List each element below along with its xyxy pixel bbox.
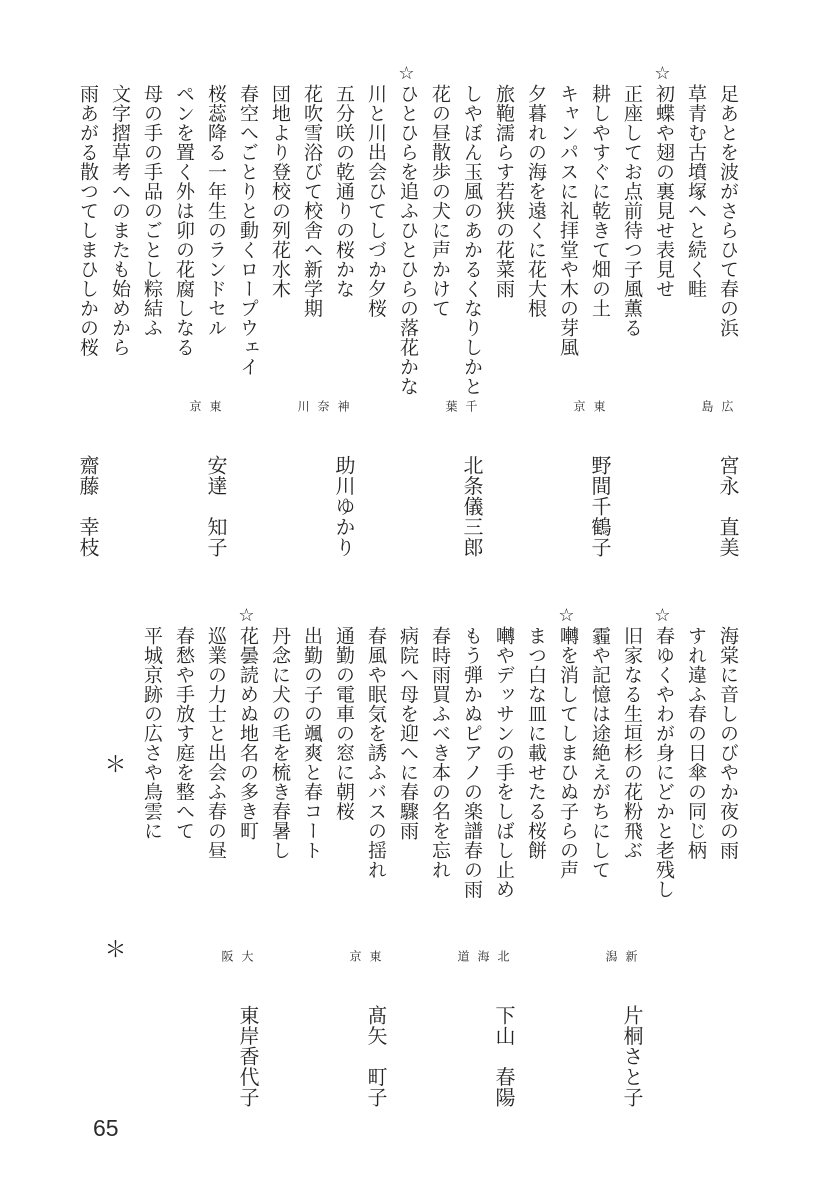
poem-column: 霾や記憶は途絶えがちにして xyxy=(589,626,609,928)
poem-text: まつ白な皿に載せたる桜餅 xyxy=(525,626,546,860)
selection-star-icon xyxy=(493,63,513,84)
selection-star-icon xyxy=(269,605,289,626)
poem-column: 巡業の力士と出会ふ春の昼 xyxy=(205,626,225,928)
poem-column: 夕暮れの海を遠くに花大根 xyxy=(525,84,545,426)
author-name: 下山 春陽 xyxy=(493,1005,513,1108)
selection-star-icon: ☆ xyxy=(557,605,577,626)
author-name: 安達 知子 xyxy=(205,455,225,558)
poem-column: 雨あがる散つてしまひしかの桜齋藤 幸枝 xyxy=(77,84,97,426)
poem-text: 巡業の力士と出会ふ春の昼 xyxy=(205,626,226,860)
poem-text: 花の昼散歩の犬に声かけて xyxy=(429,84,450,318)
poem-text: 旅鞄濡らす若狭の花菜雨 xyxy=(493,84,514,299)
selection-star-icon: ☆ xyxy=(397,63,417,84)
poem-text: 桜蕊降る一年生のランドセル xyxy=(205,84,226,338)
poem-text: 足あとを波がさらひて春の浜 xyxy=(717,84,738,338)
poem-text: 団地より登校の列花水木 xyxy=(269,84,290,299)
selection-star-icon xyxy=(621,63,641,84)
poem-text: 川と川出会ひてしづか夕桜 xyxy=(365,84,386,318)
poem-text: 旧家なる生垣杉の花粉飛ぶ xyxy=(621,626,642,860)
poem-column: ペンを置く外は卯の花腐しなる xyxy=(173,84,193,426)
poem-column: ☆春ゆくやわが身にどかと老残し xyxy=(653,626,673,928)
poem-column: 桜蕊降る一年生のランドセル東京安達 知子 xyxy=(205,84,225,426)
poem-column: ☆初蝶や翅の裏見せ表見せ xyxy=(653,84,673,426)
poem-text: 雨あがる散つてしまひしかの桜 xyxy=(77,84,98,357)
selection-star-icon xyxy=(365,605,385,626)
prefecture-label: 東京 xyxy=(589,400,609,422)
poem-text: 春時雨買ふべき本の名を忘れ xyxy=(429,626,450,880)
prefecture-label: 東京 xyxy=(365,950,385,972)
poem-text: 母の手の手品のごとし粽結ふ xyxy=(141,84,162,338)
poem-column: 丹念に犬の毛を梳き春暑し xyxy=(269,626,289,928)
poem-column: 五分咲の乾通りの桜かな神奈川助川ゆかり xyxy=(333,84,353,426)
poem-column: キャンパスに礼拝堂や木の芽風 xyxy=(557,84,577,426)
selection-star-icon xyxy=(333,605,353,626)
author-name: 東岸香代子 xyxy=(237,1005,257,1108)
poem-column: 春空へごとりと動くロープウェイ xyxy=(237,84,257,426)
selection-star-icon xyxy=(685,605,705,626)
poem-column: 平城京跡の広さや鳥雲に xyxy=(141,626,161,928)
poem-text: 囀やデッサンの手をしばし止め xyxy=(493,626,514,899)
poem-column: 文字摺草考へのまたも始めから xyxy=(109,84,129,426)
poem-text: 囀を消してしまひぬ子らの声 xyxy=(557,626,578,880)
poem-column: 春時雨買ふべき本の名を忘れ xyxy=(429,626,449,928)
poem-text: キャンパスに礼拝堂や木の芽風 xyxy=(557,84,578,357)
prefecture-label: 広島 xyxy=(717,400,737,422)
selection-star-icon: ☆ xyxy=(237,605,257,626)
selection-star-icon xyxy=(141,605,161,626)
author-name: 齋藤 幸枝 xyxy=(77,455,97,558)
selection-star-icon xyxy=(429,63,449,84)
poem-text: 草青む古墳塚へと続く畦 xyxy=(685,84,706,299)
selection-star-icon xyxy=(365,63,385,84)
selection-star-icon xyxy=(397,605,417,626)
selection-star-icon xyxy=(525,605,545,626)
poem-text: 耕しやすぐに乾きて畑の土 xyxy=(589,84,610,318)
selection-star-icon xyxy=(589,63,609,84)
author-name: 助川ゆかり xyxy=(333,455,353,558)
poem-text: 通勤の電車の窓に朝桜 xyxy=(333,626,354,821)
magazine-page: 足あとを波がさらひて春の浜広島宮永 直美 草青む古墳塚へと続く畦 ☆初蝶や翅の裏… xyxy=(0,0,839,1190)
asterisk-mark: ＊ xyxy=(102,753,124,775)
poem-text: 夕暮れの海を遠くに花大根 xyxy=(525,84,546,318)
selection-star-icon xyxy=(589,605,609,626)
selection-star-icon xyxy=(685,63,705,84)
selection-star-icon xyxy=(333,63,353,84)
poem-column: もう弾かぬピアノの楽譜春の雨 xyxy=(461,626,481,928)
poem-text: 文字摺草考へのまたも始めから xyxy=(109,84,130,357)
prefecture-label: 神奈川 xyxy=(333,400,353,412)
poem-column: 母の手の手品のごとし粽結ふ xyxy=(141,84,161,426)
poem-column: 出勤の子の颯爽と春コート xyxy=(301,626,321,928)
selection-star-icon xyxy=(77,63,97,84)
poem-column: 病院へ母を迎へに春驟雨 xyxy=(397,626,417,928)
poem-text: すれ違ふ春の日傘の同じ柄 xyxy=(685,626,706,860)
poem-text: 花曇読めぬ地名の多き町 xyxy=(237,626,258,841)
selection-star-icon xyxy=(237,63,257,84)
selection-star-icon xyxy=(429,605,449,626)
author-name: 髙矢 町子 xyxy=(365,1005,385,1108)
poem-text: ひとひらを追ふひとひらの落花かな xyxy=(397,84,418,396)
selection-star-icon xyxy=(461,63,481,84)
author-name: 宮永 直美 xyxy=(717,455,737,558)
poem-column: 花の昼散歩の犬に声かけて xyxy=(429,84,449,426)
poem-text: しやぼん玉風のあかるくなりしかと xyxy=(461,84,482,396)
poem-text: 春風や眠気を誘ふバスの揺れ xyxy=(365,626,386,880)
poem-column: ☆囀を消してしまひぬ子らの声 xyxy=(557,626,577,928)
prefecture-label: 大阪 xyxy=(237,950,257,972)
poem-column: 通勤の電車の窓に朝桜 xyxy=(333,626,353,928)
prefecture-label: 北海道 xyxy=(493,950,513,962)
section-end-mark-column: ＊＊ xyxy=(109,626,129,928)
poem-column: 旧家なる生垣杉の花粉飛ぶ新潟片桐さと子 xyxy=(621,626,641,928)
selection-star-icon xyxy=(173,605,193,626)
author-name: 野間千鶴子 xyxy=(589,455,609,558)
selection-star-icon xyxy=(717,63,737,84)
selection-star-icon xyxy=(269,63,289,84)
selection-star-icon xyxy=(109,63,129,84)
selection-star-icon xyxy=(717,605,737,626)
selection-star-icon xyxy=(141,63,161,84)
author-name: 北条儀三郎 xyxy=(461,455,481,558)
poem-column: 花吹雪浴びて校舎へ新学期 xyxy=(301,84,321,426)
author-name: 片桐さと子 xyxy=(621,1005,641,1108)
poem-column: まつ白な皿に載せたる桜餅 xyxy=(525,626,545,928)
poem-text: 春愁や手放す庭を整へて xyxy=(173,626,194,841)
selection-star-icon xyxy=(173,63,193,84)
selection-star-icon xyxy=(205,63,225,84)
poem-text: もう弾かぬピアノの楽譜春の雨 xyxy=(461,626,482,899)
poem-column: 川と川出会ひてしづか夕桜 xyxy=(365,84,385,426)
poem-text: ペンを置く外は卯の花腐しなる xyxy=(173,84,194,357)
poem-text: 五分咲の乾通りの桜かな xyxy=(333,84,354,299)
prefecture-label: 東京 xyxy=(205,400,225,422)
selection-star-icon xyxy=(621,605,641,626)
poem-column: 団地より登校の列花水木 xyxy=(269,84,289,426)
poem-column: 足あとを波がさらひて春の浜広島宮永 直美 xyxy=(717,84,737,426)
selection-star-icon: ☆ xyxy=(653,605,673,626)
poem-column: 海棠に音しのびやか夜の雨 xyxy=(717,626,737,928)
selection-star-icon: ☆ xyxy=(653,63,673,84)
poem-text: 海棠に音しのびやか夜の雨 xyxy=(717,626,738,860)
poem-text: 丹念に犬の毛を梳き春暑し xyxy=(269,626,290,860)
poem-text: 正座してお点前待つ子風薫る xyxy=(621,84,642,338)
poem-column: すれ違ふ春の日傘の同じ柄 xyxy=(685,626,705,928)
selection-star-icon xyxy=(493,605,513,626)
poem-text: 春ゆくやわが身にどかと老残し xyxy=(653,626,674,899)
prefecture-label: 千葉 xyxy=(461,400,481,422)
prefecture-label: 新潟 xyxy=(621,950,641,972)
haiku-section-bottom: 海棠に音しのびやか夜の雨 すれ違ふ春の日傘の同じ柄 ☆春ゆくやわが身にどかと老残… xyxy=(97,626,737,928)
selection-star-icon xyxy=(301,605,321,626)
poem-column: 囀やデッサンの手をしばし止め北海道下山 春陽 xyxy=(493,626,513,928)
page-number: 65 xyxy=(93,1115,119,1142)
poem-text: 初蝶や翅の裏見せ表見せ xyxy=(653,84,674,299)
asterisk-mark: ＊ xyxy=(102,938,124,960)
poem-text: 出勤の子の颯爽と春コート xyxy=(301,626,322,860)
poem-column: 正座してお点前待つ子風薫る xyxy=(621,84,641,426)
poem-column: ☆花曇読めぬ地名の多き町大阪東岸香代子 xyxy=(237,626,257,928)
poem-text: 平城京跡の広さや鳥雲に xyxy=(141,626,162,841)
selection-star-icon xyxy=(461,605,481,626)
poem-column: ☆ひとひらを追ふひとひらの落花かな xyxy=(397,84,417,426)
poem-column: 旅鞄濡らす若狭の花菜雨 xyxy=(493,84,513,426)
selection-star-icon xyxy=(525,63,545,84)
poem-text: 病院へ母を迎へに春驟雨 xyxy=(397,626,418,841)
poem-column: 草青む古墳塚へと続く畦 xyxy=(685,84,705,426)
poem-column: しやぼん玉風のあかるくなりしかと千葉北条儀三郎 xyxy=(461,84,481,426)
poem-text: 花吹雪浴びて校舎へ新学期 xyxy=(301,84,322,318)
poem-column: 春愁や手放す庭を整へて xyxy=(173,626,193,928)
poem-text: 霾や記憶は途絶えがちにして xyxy=(589,626,610,880)
poem-text: 春空へごとりと動くロープウェイ xyxy=(237,84,258,377)
selection-star-icon xyxy=(301,63,321,84)
selection-star-icon xyxy=(557,63,577,84)
poem-column: 春風や眠気を誘ふバスの揺れ東京髙矢 町子 xyxy=(365,626,385,928)
haiku-section-top: 足あとを波がさらひて春の浜広島宮永 直美 草青む古墳塚へと続く畦 ☆初蝶や翅の裏… xyxy=(65,84,737,426)
poem-column: 耕しやすぐに乾きて畑の土東京野間千鶴子 xyxy=(589,84,609,426)
selection-star-icon xyxy=(205,605,225,626)
